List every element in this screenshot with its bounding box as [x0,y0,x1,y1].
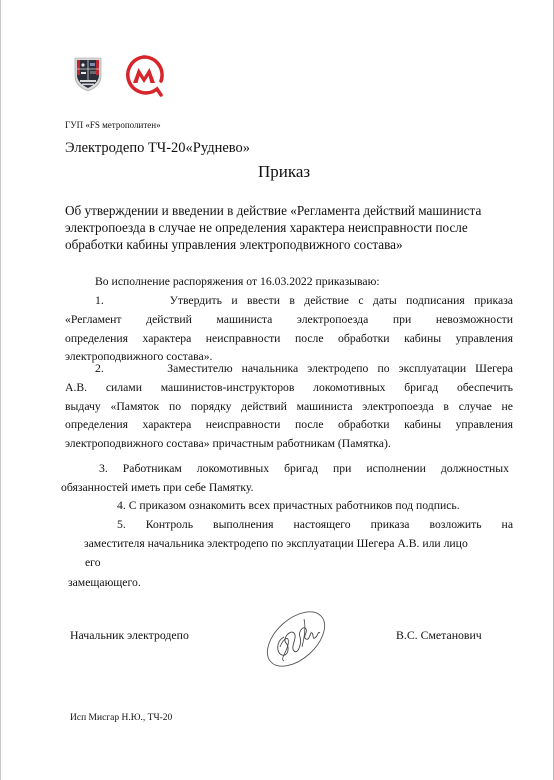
item-text: Контроль выполнения настоящего приказа в… [146,518,513,531]
item-text: выдачу «Памяток по порядку действий маши… [65,398,513,417]
item-number: 1. [95,294,104,307]
document-page: ГУП «FS метрополитен» Электродепо ТЧ-20«… [0,0,554,780]
order-subject: Об утверждении и введении в действие «Ре… [65,202,513,253]
item-text: Утвердить и ввести в действие с даты под… [170,294,513,307]
item-text: обязанностей иметь при себе Памятку. [61,479,509,498]
intro-text: Во исполнение распоряжения от 16.03.2022… [65,273,513,292]
order-item-4: 4. С приказом ознакомить всех причастных… [65,497,513,516]
item-text: определения характера неисправности посл… [65,330,513,349]
signatory-position: Начальник электродепо [70,628,189,643]
item-text: «Регламент действий машиниста электропое… [65,311,513,330]
depot-name: Электродепо ТЧ-20«Руднево» [65,140,250,157]
order-item-3: 3. Работникам локомотивных бригад при ис… [61,460,509,498]
item-text: Заместителю начальника электродепо по эк… [167,362,513,375]
item-text: заместителя начальника электродепо по эк… [84,535,513,554]
item-text: его [85,554,513,573]
item-text: С приказом ознакомить всех причастных ра… [129,499,460,512]
item-text: электроподвижного состава» причастным ра… [65,435,513,454]
order-item-5: 5. Контроль выполнения настоящего приказ… [85,516,513,572]
order-item-1: 1. Утвердить и ввести в действие с даты … [65,292,513,367]
subject-line: Об утверждении и введении в действие «Ре… [65,202,513,219]
order-item-2: 2. Заместителю начальника электродепо по… [65,360,513,454]
item-number: 4. [117,499,126,512]
signatory-name: В.С. Сметанович [396,628,482,643]
item-text: замещающего. [68,576,141,589]
item-number: 2. [95,362,104,375]
handwritten-signature-icon [260,607,332,673]
subject-line: электропоезда в случае не определения ха… [65,219,513,236]
subject-line: обработки кабины управления электроподви… [65,236,513,253]
item-text: Работникам локомотивных бригад при испол… [123,462,509,475]
document-title: Приказ [258,162,310,182]
item-text: определения характера неисправности посл… [65,416,513,435]
metro-m-logo-icon [121,53,167,99]
author-note: Исп Мисгар Н.Ю., ТЧ-20 [70,713,172,723]
item-text: А.В. силами машинистов-инструкторов локо… [65,379,513,398]
emblem-shield-icon [74,56,102,92]
organization-name: ГУП «FS метрополитен» [65,120,161,130]
item-number: 3. [99,462,108,475]
item-number: 5. [117,518,126,531]
order-intro: Во исполнение распоряжения от 16.03.2022… [65,273,513,292]
